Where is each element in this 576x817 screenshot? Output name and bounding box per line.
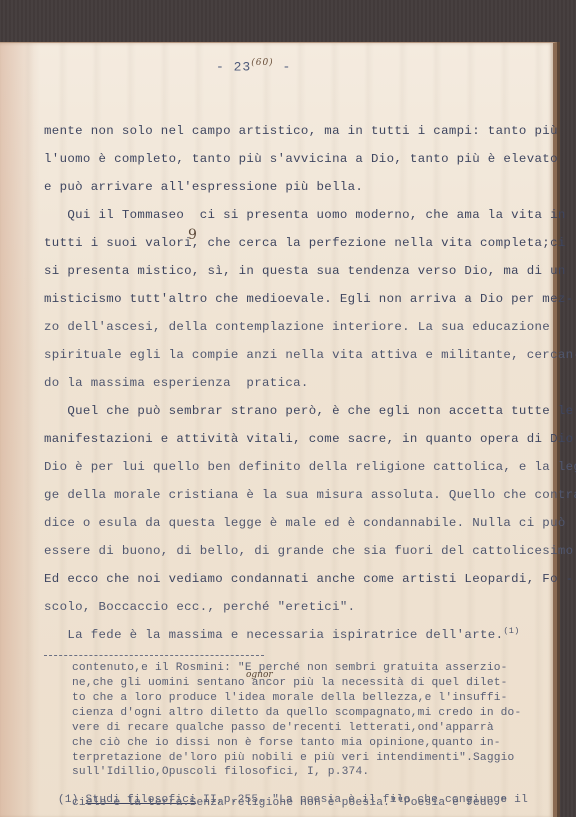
body-line: La fede è la massima e necessaria ispira… (44, 626, 520, 642)
body-line: Qui il Tommaseo ci si presenta uomo mode… (44, 208, 566, 222)
body-line: tutti i suoi valori, che cerca la perfez… (44, 236, 566, 250)
body-line: do la massima esperienza pratica. (44, 376, 309, 390)
body-line: dice o esula da questa legge è male ed è… (44, 516, 566, 530)
page-number: - 23(60) - (216, 58, 291, 74)
body-line: Ed ecco che noi vediamo condannati anche… (44, 572, 573, 586)
handwritten-correction-ognor: ognor (246, 670, 273, 680)
footnote-1-line2: cielo e la terra.Senza religione non è p… (72, 797, 508, 809)
footnote-continuation-line: che ciò che io dissi non è forse tanto m… (72, 737, 501, 749)
body-line: e può arrivare all'espressione più bella… (44, 180, 363, 194)
body-line: spirituale egli la compie anzi nella vit… (44, 348, 576, 362)
page-number-typed: - 23 (216, 59, 251, 74)
body-line: essere di buono, di bello, di grande che… (44, 544, 576, 558)
page-number-dash: - (274, 59, 292, 74)
page-number-handwritten: (60) (251, 58, 273, 68)
body-line: Quel che può sembrar strano però, è che … (44, 404, 573, 418)
body-line: manifestazioni e attività vitali, come s… (44, 432, 576, 446)
footnote-continuation-line: cienza d'ogni altro diletto da quello sc… (72, 707, 521, 719)
body-line: zo dell'ascesi, della contemplazione int… (44, 320, 550, 334)
handwritten-mark-mistico: 9 (188, 227, 197, 243)
body-line: mente non solo nel campo artistico, ma i… (44, 124, 558, 138)
body-line-text: La fede è la massima e necessaria ispira… (44, 628, 503, 642)
body-line: si presenta mistico, sì, in questa sua t… (44, 264, 566, 278)
footnote-continuation-line: terpretazione de'loro più nobili e più v… (72, 752, 514, 764)
footnote-continuation-line: to che a loro produce l'idea morale dell… (72, 692, 508, 704)
footnote-continuation-line: vere di recare qualche passo de'recenti … (72, 722, 494, 734)
footnote-reference: (1) (503, 626, 519, 636)
footnote-continuation-line: sull'Idillio,Opuscoli filosofici, I, p.3… (72, 766, 369, 778)
footnote-separator (44, 655, 264, 656)
body-line: l'uomo è completo, tanto più s'avvicina … (44, 152, 558, 166)
body-line: scolo, Boccaccio ecc., perché "eretici". (44, 600, 355, 614)
footnote-continuation-line: contenuto,e il Rosmini: "E perché non se… (72, 662, 508, 674)
body-line: Dio è per lui quello ben definito della … (44, 460, 576, 474)
body-line: ge della morale cristiana è la sua misur… (44, 488, 576, 502)
body-line: misticismo tutt'altro che medioevale. Eg… (44, 292, 573, 306)
footnote-continuation-line: ne,che gli uomini sentano ancor più la n… (72, 677, 508, 689)
